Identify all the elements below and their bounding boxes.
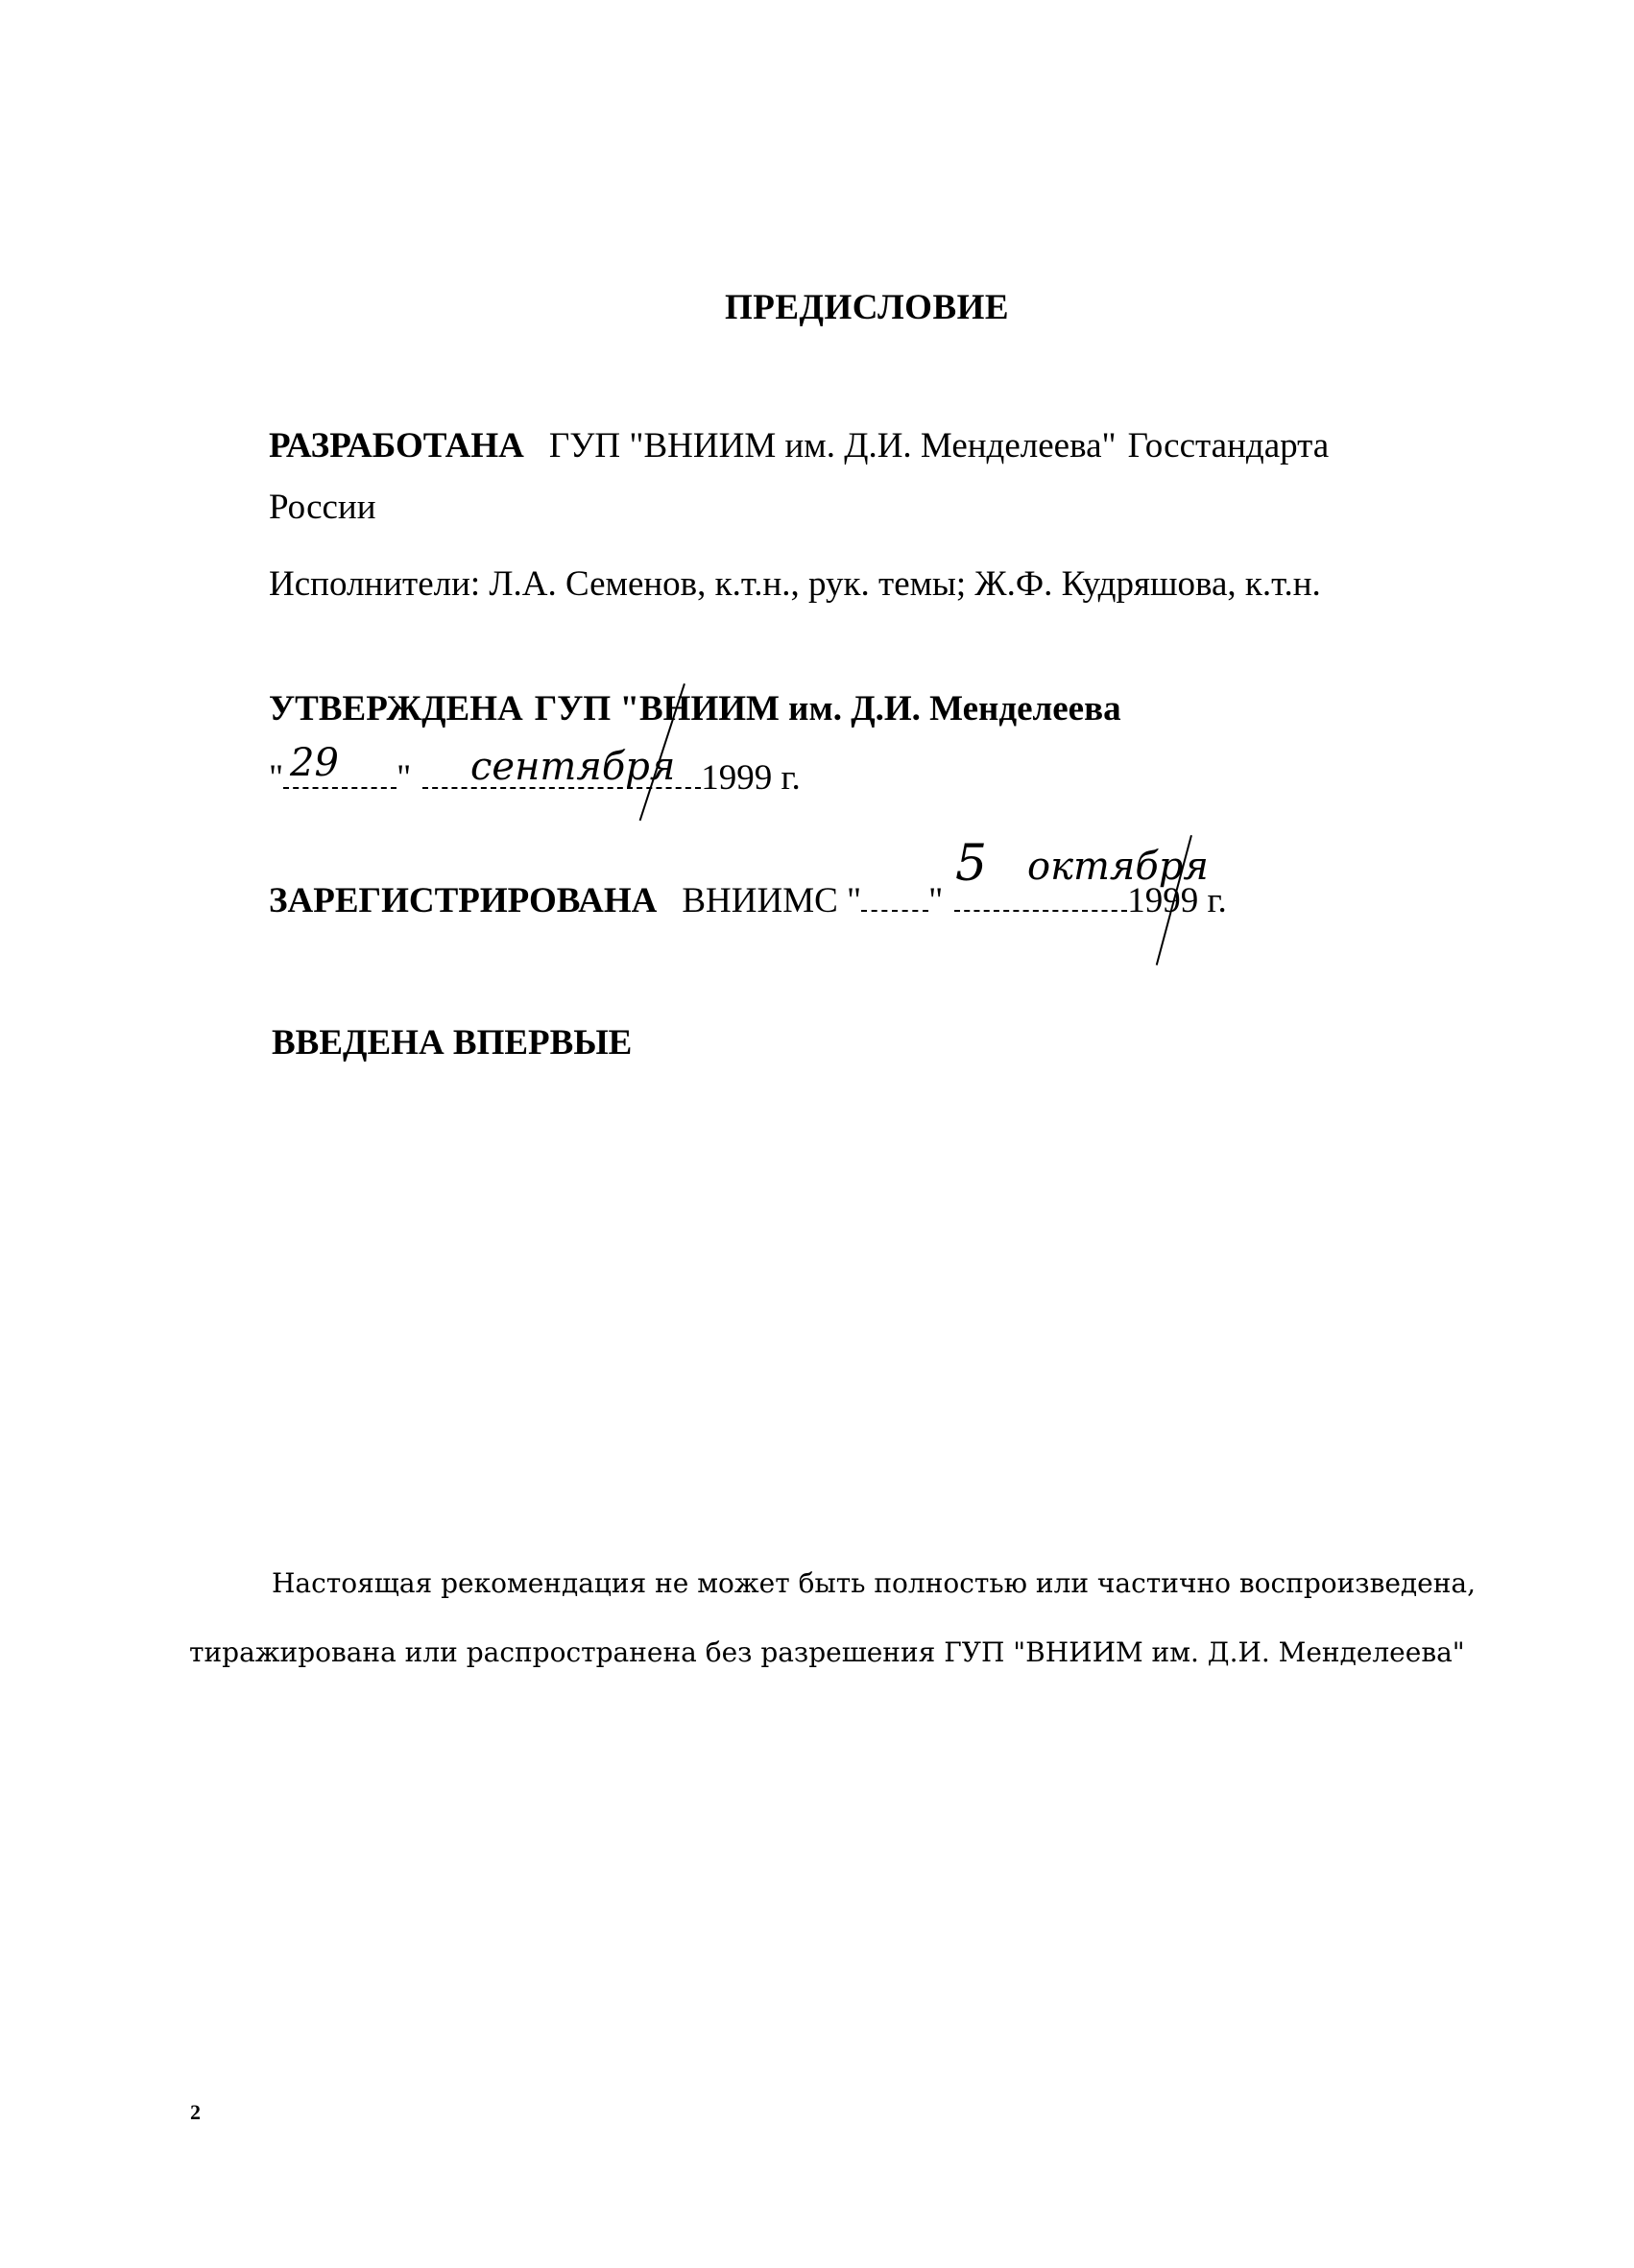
developed-org-line2: России bbox=[269, 489, 376, 525]
introduced-label: ВВЕДЕНА ВПЕРВЫЕ bbox=[272, 1025, 632, 1061]
approved-label: УТВЕРЖДЕНА bbox=[269, 689, 523, 728]
developed-line: РАЗРАБОТАНАГУП "ВНИИМ им. Д.И. Менделеев… bbox=[269, 428, 1329, 464]
page-number: 2 bbox=[190, 2102, 201, 2123]
registered-day-handwritten: 5 bbox=[955, 835, 987, 893]
registered-org: ВНИИМС bbox=[682, 881, 837, 920]
registered-day-blank bbox=[861, 908, 928, 912]
approved-month-handwritten: сентября bbox=[470, 745, 675, 789]
approved-day-handwritten: 29 bbox=[290, 741, 339, 785]
approved-year: 1999 г. bbox=[701, 758, 801, 798]
page-title: ПРЕДИСЛОВИЕ bbox=[725, 290, 1009, 325]
approved-org: ГУП "ВНИИМ им. Д.И. Менделеева bbox=[535, 689, 1121, 728]
approved-day-blank bbox=[283, 785, 396, 789]
developed-org: ГУП "ВНИИМ им. Д.И. Менделеева" bbox=[549, 426, 1117, 466]
notice-line2: тиражирована или распространена без разр… bbox=[189, 1639, 1465, 1666]
registered-label: ЗАРЕГИСТРИРОВАНА bbox=[269, 881, 657, 920]
developed-label: РАЗРАБОТАНА bbox=[269, 426, 524, 466]
notice-line1: Настоящая рекомендация не может быть пол… bbox=[272, 1570, 1476, 1597]
registered-month-blank bbox=[954, 908, 1127, 912]
approved-line: УТВЕРЖДЕНАГУП "ВНИИМ им. Д.И. Менделеева bbox=[269, 691, 1121, 727]
performers: Исполнители: Л.А. Семенов, к.т.н., рук. … bbox=[269, 566, 1321, 602]
developed-org-tail: Госстандарта bbox=[1128, 426, 1330, 466]
